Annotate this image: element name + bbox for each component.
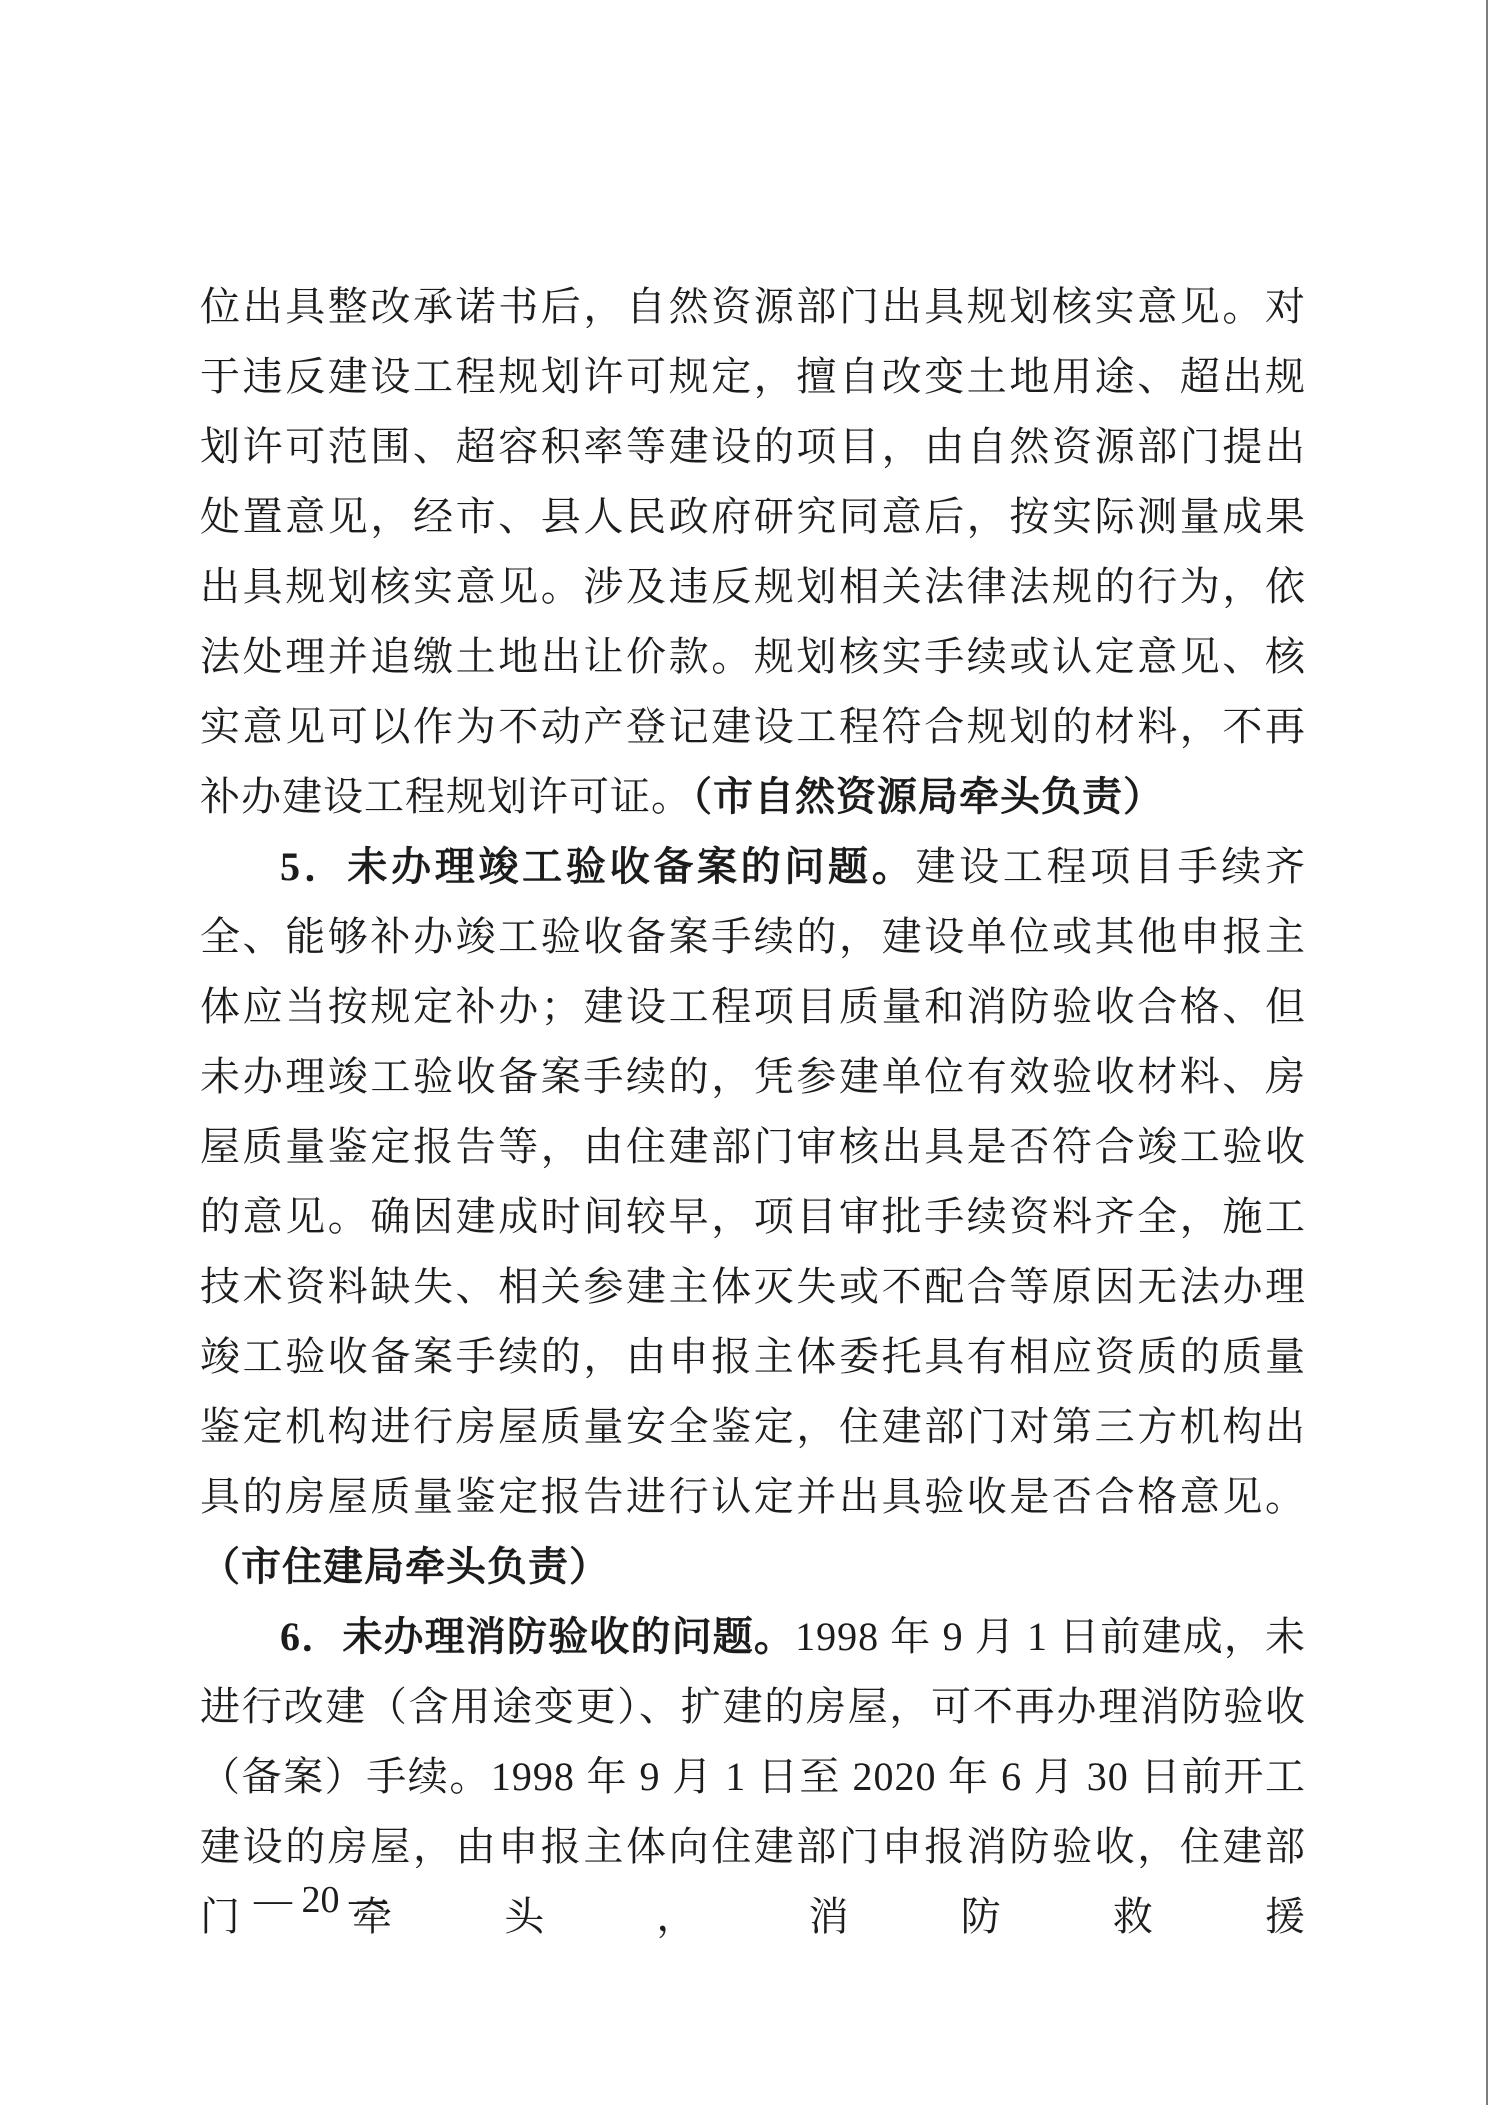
lead-department-note: （市住建局牵头负责）: [200, 1544, 610, 1589]
page-number-label: — 20 —: [254, 1879, 387, 1921]
document-body: 位出具整改承诺书后，自然资源部门出具规划核实意见。对于违反建设工程规划许可规定，…: [200, 272, 1306, 1952]
paragraph-text: 位出具整改承诺书后，自然资源部门出具规划核实意见。对于违反建设工程规划许可规定，…: [200, 284, 1306, 819]
item-6-heading: 6．未办理消防验收的问题。: [280, 1614, 795, 1659]
item-5-heading: 5．未办理竣工验收备案的问题。: [280, 844, 915, 889]
page-number: — 20 —: [254, 1876, 387, 1924]
scanned-document-page: 位出具整改承诺书后，自然资源部门出具规划核实意见。对于违反建设工程规划许可规定，…: [0, 0, 1488, 2105]
paragraph-continuation: 位出具整改承诺书后，自然资源部门出具规划核实意见。对于违反建设工程规划许可规定，…: [200, 272, 1306, 832]
paragraph-text: 建设工程项目手续齐全、能够补办竣工验收备案手续的，建设单位或其他申报主体应当按规…: [200, 844, 1306, 1519]
paragraph-item-5: 5．未办理竣工验收备案的问题。建设工程项目手续齐全、能够补办竣工验收备案手续的，…: [200, 832, 1306, 1602]
lead-department-note: （市自然资源局牵头负责）: [692, 774, 1164, 819]
